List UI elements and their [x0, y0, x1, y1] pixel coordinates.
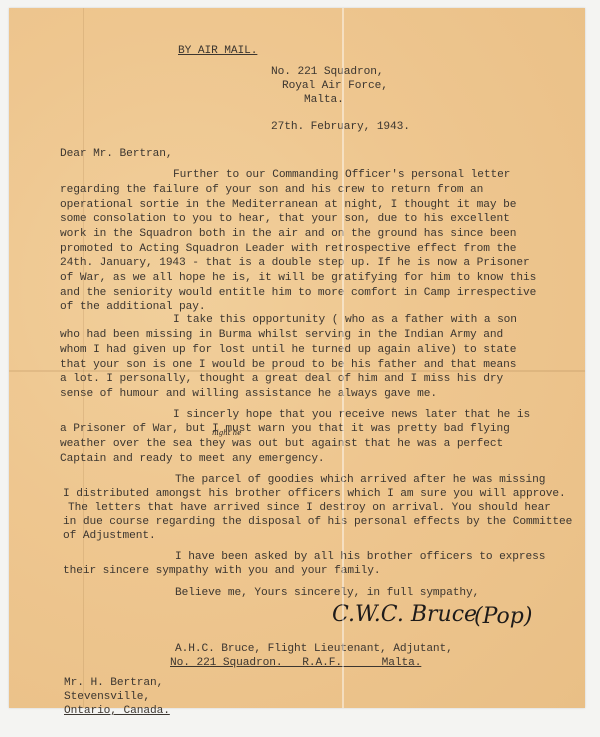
body-line: that your son is one I would be proud to…: [60, 358, 516, 373]
body-line: I sincerly hope that you receive news la…: [173, 408, 530, 423]
body-line: who had been missing in Burma whilst ser…: [60, 328, 503, 343]
body-line: The parcel of goodies which arrived afte…: [175, 473, 545, 488]
salutation: Dear Mr. Bertran,: [60, 147, 172, 162]
body-line: a Prisoner of War, but I must warn you t…: [60, 422, 510, 437]
body-line: some consolation to you to hear, that yo…: [60, 212, 510, 227]
body-line: regarding the failure of your son and hi…: [60, 183, 483, 198]
body-line: of War, as we all hope he is, it will be…: [60, 271, 536, 286]
recipient-address-line: Ontario, Canada.: [64, 704, 170, 719]
recipient-address-line: Stevensville,: [64, 690, 150, 705]
mail-marking: BY AIR MAIL.: [178, 44, 257, 59]
body-line: I distributed amongst his brother office…: [63, 487, 566, 502]
body-line: sense of humour and willing assistance h…: [60, 387, 437, 402]
body-line: I take this opportunity ( who as a fathe…: [173, 313, 517, 328]
body-line: their sincere sympathy with you and your…: [63, 564, 380, 579]
body-line: The letters that have arrived since I de…: [68, 501, 551, 516]
signatory-unit: No. 221 Squadron. R.A.F. Malta.: [170, 656, 421, 671]
letter-page: BY AIR MAIL. No. 221 Squadron, Royal Air…: [9, 8, 585, 708]
closing: Believe me, Yours sincerely, in full sym…: [175, 586, 479, 601]
body-line: whom I had given up for lost until he tu…: [60, 343, 516, 358]
signature: C.W.C. Bruce: [332, 602, 477, 627]
signature-note: (Pop): [474, 604, 532, 629]
recipient-address-line: Mr. H. Bertran,: [64, 676, 163, 691]
body-line: operational sortie in the Mediterranean …: [60, 198, 516, 213]
body-line: work in the Squadron both in the air and…: [60, 227, 516, 242]
body-line: promoted to Acting Squadron Leader with …: [60, 242, 516, 257]
body-line: 24th. January, 1943 - that is a double s…: [60, 256, 530, 271]
sender-address-line: Royal Air Force,: [282, 79, 388, 94]
signatory-name: A.H.C. Bruce, Flight Lieutenant, Adjutan…: [175, 642, 453, 657]
sender-address-line: Malta.: [304, 93, 344, 108]
letter-date: 27th. February, 1943.: [271, 120, 410, 135]
body-line: Captain and ready to meet any emergency.: [60, 452, 325, 467]
body-line: in due course regarding the disposal of …: [63, 515, 572, 530]
sender-address-line: No. 221 Squadron,: [271, 65, 383, 80]
body-line: and the seniority would entitle him to m…: [60, 286, 536, 301]
body-line: of Adjustment.: [63, 529, 156, 544]
body-line: Further to our Commanding Officer's pers…: [173, 168, 510, 183]
body-line: weather over the sea they was out but ag…: [60, 437, 503, 452]
body-line: I have been asked by all his brother off…: [175, 550, 545, 565]
handwritten-insertion: night he: [212, 429, 241, 437]
body-line: a lot. I personally, thought a great dea…: [60, 372, 503, 387]
